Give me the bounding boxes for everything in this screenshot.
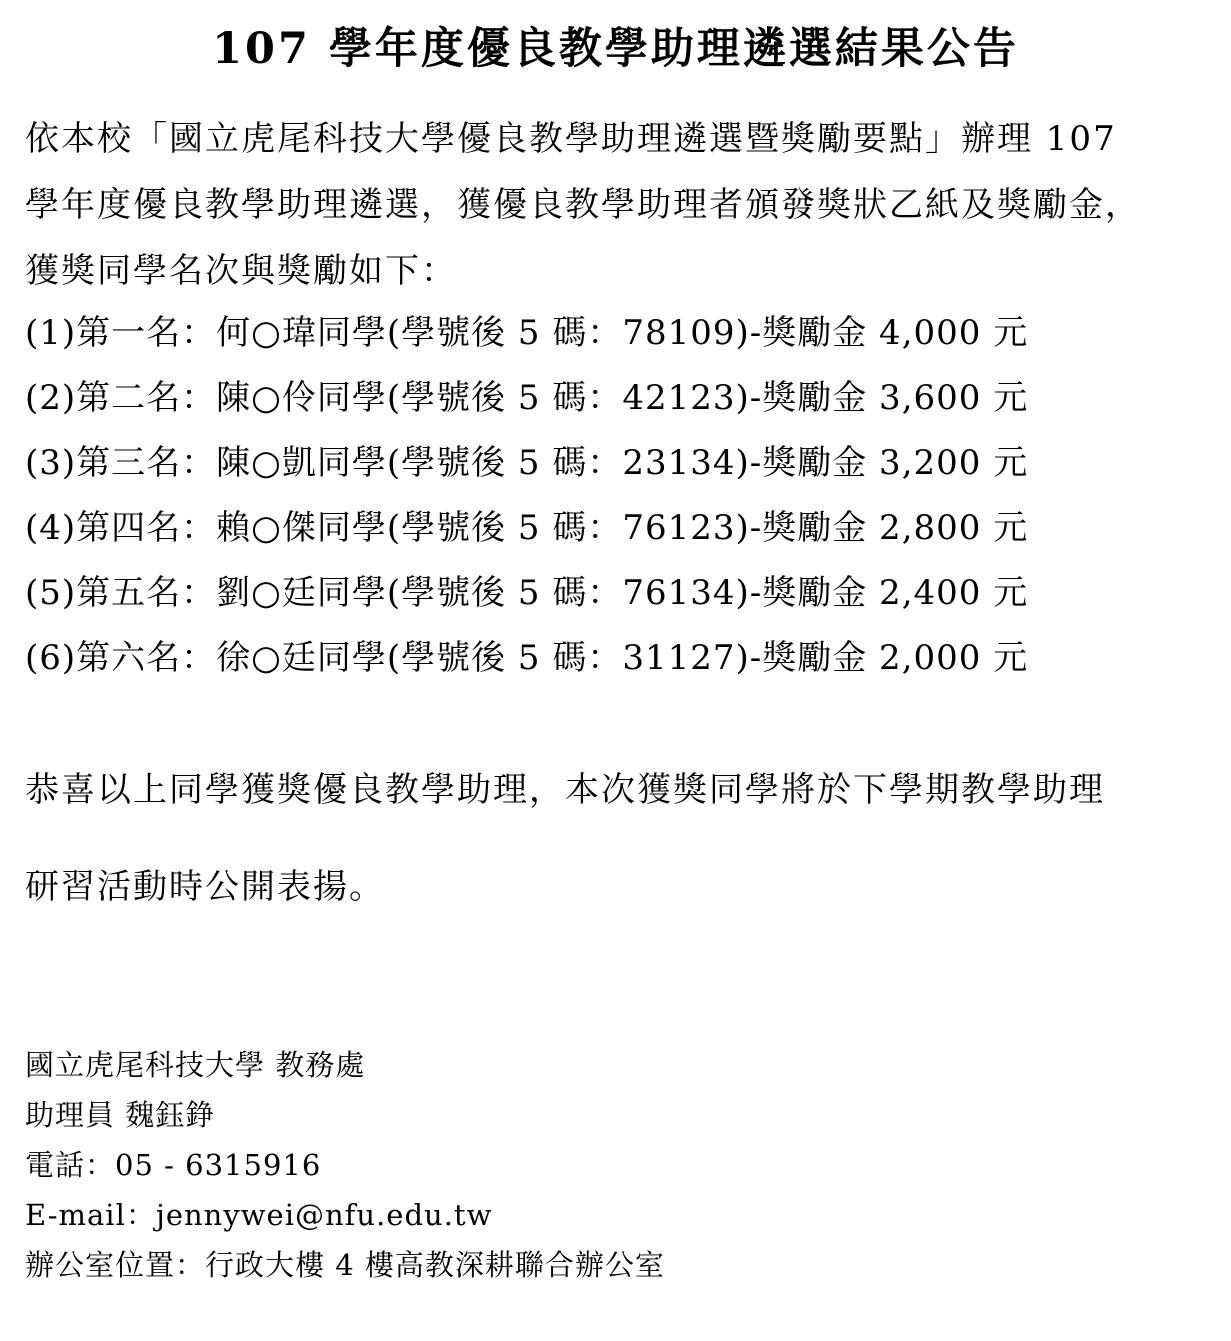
closing-line: 恭喜以上同學獲獎優良教學助理，本次獲獎同學將於下學期教學助理	[25, 742, 1211, 839]
footer-phone: 電話：05 - 6315916	[25, 1140, 1211, 1190]
contact-footer: 國立虎尾科技大學 教務處 助理員 魏鈺錚 電話：05 - 6315916 E-m…	[25, 1040, 1211, 1290]
page-title: 107 學年度優良教學助理遴選結果公告	[0, 18, 1231, 80]
footer-staff: 助理員 魏鈺錚	[25, 1090, 1211, 1140]
intro-line: 依本校「國立虎尾科技大學優良教學助理遴選暨獎勵要點」辦理 107	[25, 106, 1211, 172]
winner-line-2: (2)第二名：陳○伶同學(學號後 5 碼：42123)-獎勵金 3,600 元	[25, 366, 1211, 431]
winners-list: (1)第一名：何○瑋同學(學號後 5 碼：78109)-獎勵金 4,000 元 …	[25, 301, 1211, 691]
footer-office: 辦公室位置：行政大樓 4 樓高教深耕聯合辦公室	[25, 1240, 1211, 1290]
winner-line-3: (3)第三名：陳○凱同學(學號後 5 碼：23134)-獎勵金 3,200 元	[25, 431, 1211, 496]
winner-line-4: (4)第四名：賴○傑同學(學號後 5 碼：76123)-獎勵金 2,800 元	[25, 496, 1211, 561]
intro-line: 獲獎同學名次與獎勵如下：	[25, 238, 1211, 304]
closing-paragraph: 恭喜以上同學獲獎優良教學助理，本次獲獎同學將於下學期教學助理 研習活動時公開表揚…	[25, 742, 1211, 936]
winner-line-5: (5)第五名：劉○廷同學(學號後 5 碼：76134)-獎勵金 2,400 元	[25, 561, 1211, 626]
intro-line: 學年度優良教學助理遴選，獲優良教學助理者頒發獎狀乙紙及獎勵金，	[25, 172, 1211, 238]
winner-line-6: (6)第六名：徐○廷同學(學號後 5 碼：31127)-獎勵金 2,000 元	[25, 626, 1211, 691]
announcement-document: 107 學年度優良教學助理遴選結果公告 依本校「國立虎尾科技大學優良教學助理遴選…	[0, 0, 1231, 1341]
footer-email: E-mail：jennywei@nfu.edu.tw	[25, 1190, 1211, 1240]
closing-line: 研習活動時公開表揚。	[25, 839, 1211, 936]
footer-organization: 國立虎尾科技大學 教務處	[25, 1040, 1211, 1090]
intro-paragraph: 依本校「國立虎尾科技大學優良教學助理遴選暨獎勵要點」辦理 107 學年度優良教學…	[25, 106, 1211, 304]
winner-line-1: (1)第一名：何○瑋同學(學號後 5 碼：78109)-獎勵金 4,000 元	[25, 301, 1211, 366]
